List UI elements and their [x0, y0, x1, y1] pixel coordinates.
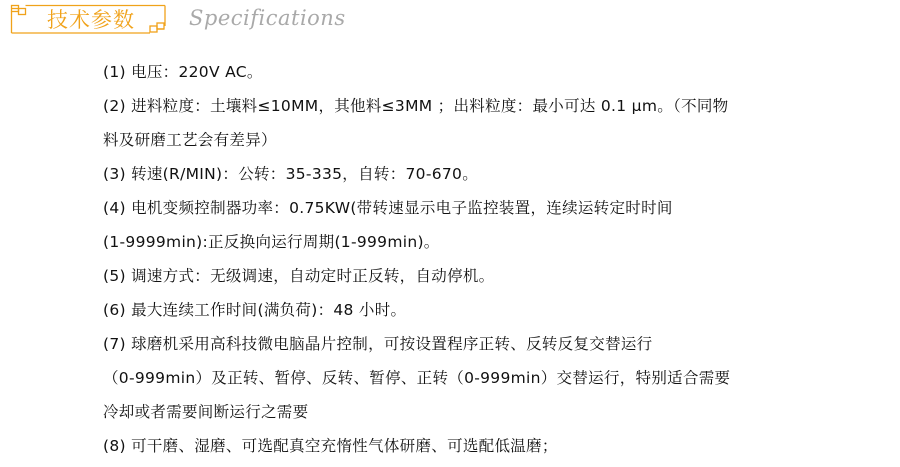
spec-line-max-runtime: (6) 最大连续工作时间(满负荷)：48 小时。 — [103, 293, 813, 327]
spec-line-feed-size: (2) 进料粒度：土壤料≤10MM，其他料≤3MM ；出料粒度：最小可达 0.1… — [103, 89, 813, 123]
spec-line-speed: (3) 转速(R/MIN)：公转：35-335，自转：70-670。 — [103, 157, 813, 191]
spec-line-control-system: (7) 球磨机采用高科技微电脑晶片控制，可按设置程序正转、反转反复交替运行 — [103, 327, 813, 361]
section-title-english: Specifications — [189, 5, 346, 31]
spec-line-voltage: (1) 电压：220V AC。 — [103, 55, 813, 89]
spec-list: (1) 电压：220V AC。 (2) 进料粒度：土壤料≤10MM，其他料≤3M… — [103, 55, 813, 463]
title-frame: 技术参数 — [10, 2, 170, 34]
spec-line-control-system-cont: （0-999min）及正转、暂停、反转、暂停、正转（0-999min）交替运行，… — [103, 361, 813, 395]
spec-line-feed-size-cont: 料及研磨工艺会有差异） — [103, 123, 813, 157]
spec-line-motor-power: (4) 电机变频控制器功率：0.75KW(带转速显示电子监控装置，连续运转定时时… — [103, 191, 813, 225]
spec-line-grinding-modes: (8) 可干磨、湿磨、可选配真空充惰性气体研磨、可选配低温磨； — [103, 429, 813, 463]
section-title-chinese: 技术参数 — [47, 7, 135, 33]
spec-line-speed-control: (5) 调速方式：无级调速，自动定时正反转，自动停机。 — [103, 259, 813, 293]
section-header: 技术参数 Specifications — [0, 0, 900, 40]
spec-line-control-system-cont2: 冷却或者需要间断运行之需要 — [103, 395, 813, 429]
spec-line-motor-power-cont: (1-9999min):正反换向运行周期(1-999min)。 — [103, 225, 813, 259]
